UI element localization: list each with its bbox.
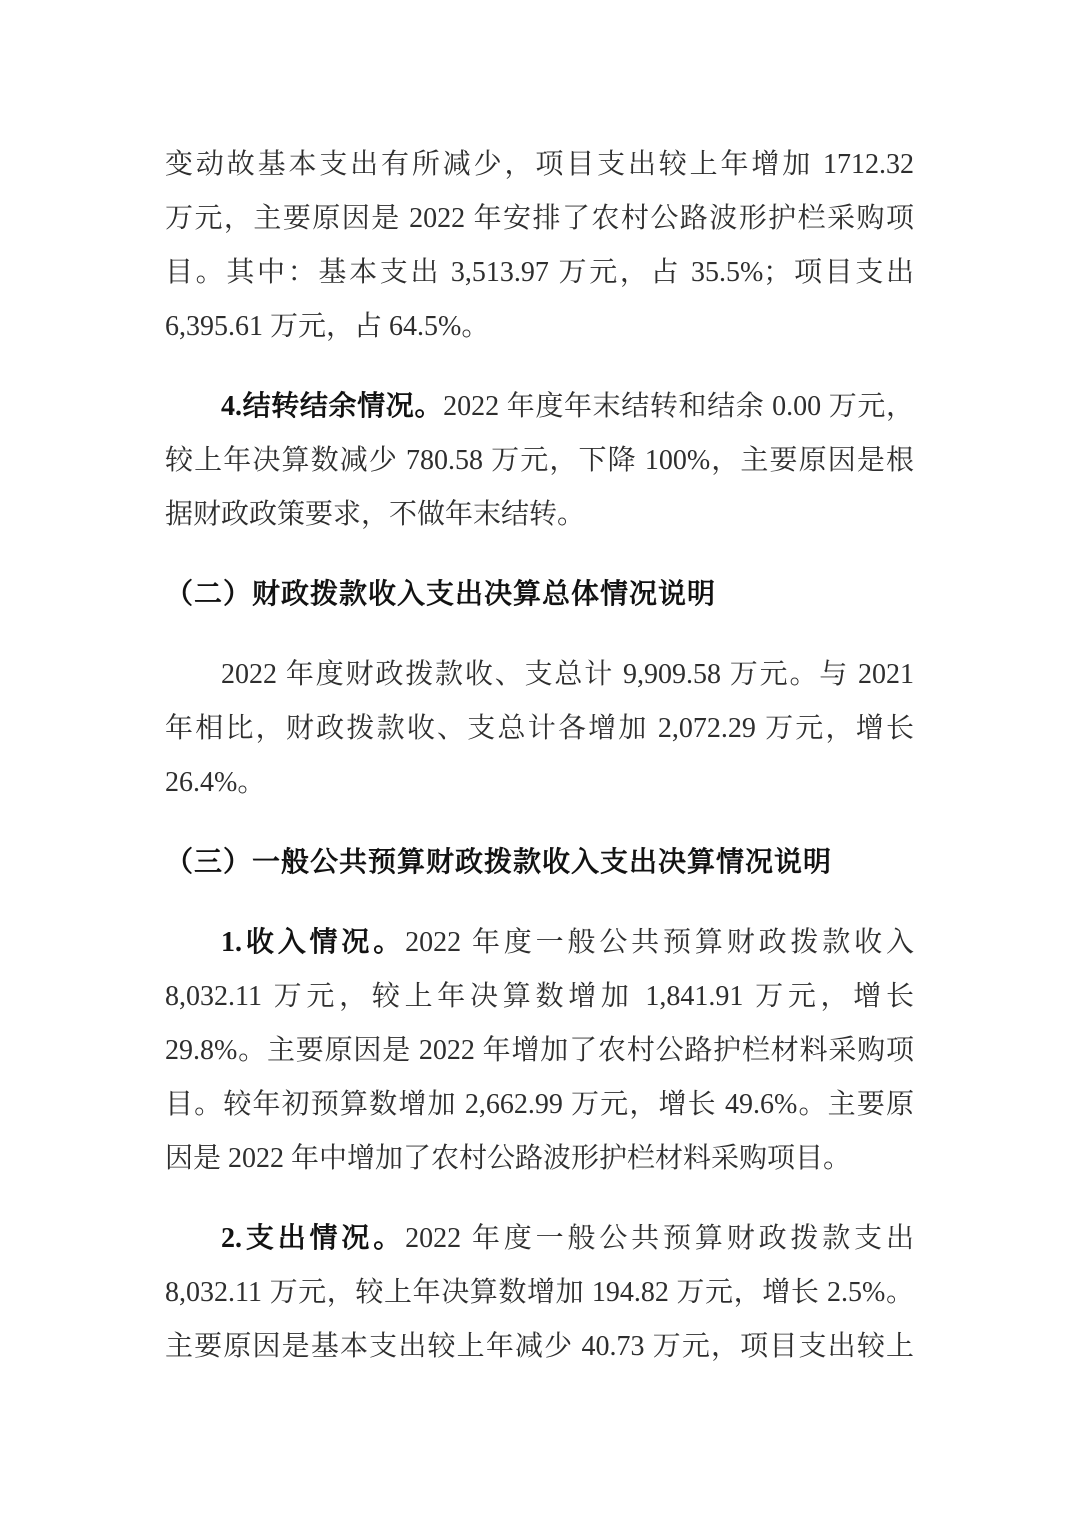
document-page: 变动故基本支出有所减少，项目支出较上年增加 1712.32 万元，主要原因是 2… <box>0 0 1074 1520</box>
text-line: 8,032.11 万元，较上年决算数增加 194.82 万元，增长 2.5%。 <box>165 1266 914 1320</box>
text-line-rest: 2022 年度一般公共预算财政拨款收入 <box>405 927 914 958</box>
paragraph-lead-bold: 4.结转结余情况。 <box>221 391 443 422</box>
text-line-rest: 2022 年度年末结转和结余 0.00 万元， <box>443 391 914 422</box>
text-line: 主要原因是基本支出较上年减少 40.73 万元，项目支出较上 <box>165 1320 914 1374</box>
text-line: 2.支出情况。2022 年度一般公共预算财政拨款支出 <box>165 1212 914 1266</box>
text-line-rest: 2022 年度一般公共预算财政拨款支出 <box>405 1223 914 1254</box>
paragraph-lead-bold: 2.支出情况。 <box>221 1223 405 1254</box>
text-line: 26.4%。 <box>165 756 914 810</box>
text-line: 据财政政策要求，不做年末结转。 <box>165 488 914 542</box>
section-heading: （三）一般公共预算财政拨款收入支出决算情况说明 <box>165 836 914 890</box>
para-fiscal-appropriation-total: 2022 年度财政拨款收、支总计 9,909.58 万元。与 2021 年相比，… <box>165 648 914 810</box>
text-line: 29.8%。主要原因是 2022 年增加了农村公路护栏材料采购项 <box>165 1024 914 1078</box>
text-line: 年相比，财政拨款收、支总计各增加 2,072.29 万元，增长 <box>165 702 914 756</box>
paragraph-lead-bold: 1.收入情况。 <box>221 927 405 958</box>
text-line: 8,032.11 万元，较上年决算数增加 1,841.91 万元，增长 <box>165 970 914 1024</box>
text-line: 4.结转结余情况。2022 年度年末结转和结余 0.00 万元， <box>165 380 914 434</box>
para-expenditure-situation: 2.支出情况。2022 年度一般公共预算财政拨款支出 8,032.11 万元，较… <box>165 1212 914 1374</box>
text-line: 万元，主要原因是 2022 年安排了农村公路波形护栏采购项 <box>165 192 914 246</box>
text-line: 较上年决算数减少 780.58 万元，下降 100%，主要原因是根 <box>165 434 914 488</box>
para-income-situation: 1.收入情况。2022 年度一般公共预算财政拨款收入 8,032.11 万元，较… <box>165 916 914 1186</box>
para-year-end-balance: 4.结转结余情况。2022 年度年末结转和结余 0.00 万元， 较上年决算数减… <box>165 380 914 542</box>
text-line: 目。较年初预算数增加 2,662.99 万元，增长 49.6%。主要原 <box>165 1078 914 1132</box>
text-line: 目。其中：基本支出 3,513.97 万元，占 35.5%；项目支出 <box>165 246 914 300</box>
text-line: 因是 2022 年中增加了农村公路波形护栏材料采购项目。 <box>165 1132 914 1186</box>
text-line: 变动故基本支出有所减少，项目支出较上年增加 1712.32 <box>165 138 914 192</box>
heading-section-3: （三）一般公共预算财政拨款收入支出决算情况说明 <box>165 836 914 890</box>
text-line: 1.收入情况。2022 年度一般公共预算财政拨款收入 <box>165 916 914 970</box>
heading-section-2: （二）财政拨款收入支出决算总体情况说明 <box>165 568 914 622</box>
section-heading: （二）财政拨款收入支出决算总体情况说明 <box>165 568 914 622</box>
text-line: 6,395.61 万元，占 64.5%。 <box>165 300 914 354</box>
text-line: 2022 年度财政拨款收、支总计 9,909.58 万元。与 2021 <box>165 648 914 702</box>
para-project-expenditure-continuation: 变动故基本支出有所减少，项目支出较上年增加 1712.32 万元，主要原因是 2… <box>165 138 914 354</box>
